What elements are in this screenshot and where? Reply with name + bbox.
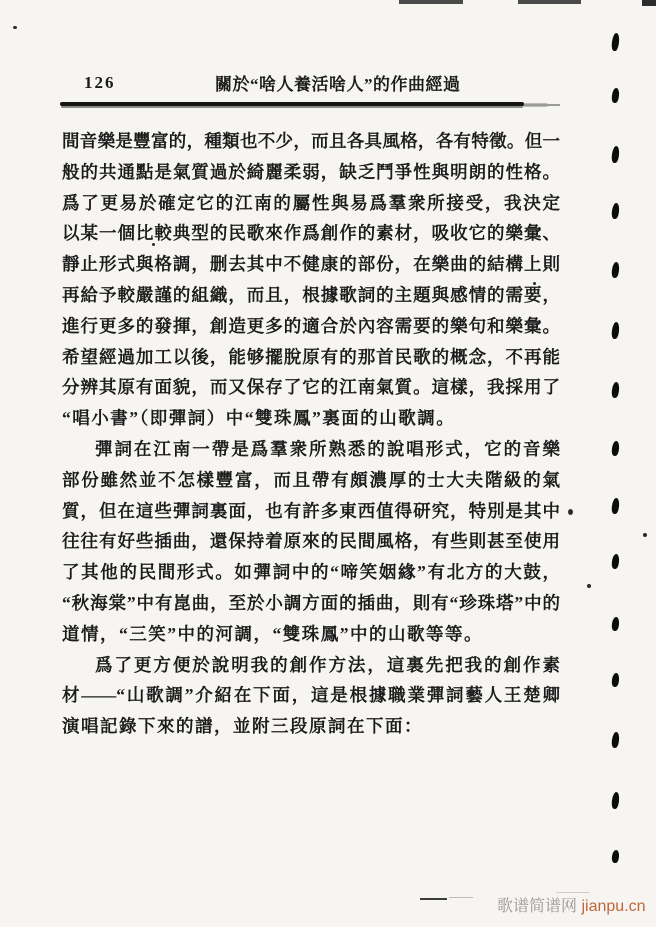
text-line: 間音樂是豐富的，種類也不少，而且各具風格，各有特徵。但一: [62, 126, 560, 157]
binding-mark: [611, 203, 620, 220]
text-line: 道情，“三笑”中的河調，“雙珠鳳”中的山歌等等。: [62, 619, 560, 650]
text-line: 以某一個比較典型的民歌來作爲創作的素材，吸收它的樂彙、: [62, 218, 560, 249]
watermark-site-name: 歌谱简谱网: [497, 898, 577, 915]
text-line: 往往有好些插曲，還保持着原來的民間風格，有些則甚至使用: [62, 526, 560, 557]
text-line: 靜止形式與格調，删去其中不健康的部份，在樂曲的結構上則: [62, 249, 560, 280]
binding-mark: [611, 146, 620, 164]
text-line: 部份雖然並不怎樣豐富，而且帶有頗濃厚的士大夫階級的氣: [62, 465, 560, 496]
binding-mark: [611, 322, 620, 340]
binding-mark: [611, 262, 620, 279]
ink-speck: [152, 243, 155, 246]
text-line: 希望經過加工以後，能够擺脫原有的那首民歌的概念，不再能: [62, 342, 560, 373]
text-line: 進行更多的發揮，創造更多的適合於內容需要的樂句和樂彙。: [62, 311, 560, 342]
scanned-page: 126 關於“啥人養活啥人”的作曲經過 間音樂是豐富的，種類也不少，而且各具風格…: [0, 0, 656, 927]
text-line: “秋海棠”中有崑曲，至於小調方面的插曲，則有“珍珠塔”中的: [62, 588, 560, 619]
ink-speck: [568, 509, 573, 515]
ink-speck: [643, 533, 647, 537]
text-line: 演唱記錄下來的譜，並附三段原詞在下面：: [62, 711, 560, 742]
binding-mark: [611, 88, 620, 104]
text-line: 爲了更易於確定它的江南的屬性與易爲羣衆所接受，我決定: [62, 188, 560, 219]
binding-mark: [611, 732, 620, 749]
text-line: 彈詞在江南一帶是爲羣衆所熟悉的說唱形式，它的音樂: [62, 434, 560, 465]
binding-mark: [611, 617, 620, 632]
header-rule-extension: [524, 104, 560, 106]
binding-mark: [611, 850, 620, 864]
text-line: 了其他的民間形式。如彈詞中的“啼笑姻緣”有北方的大鼓，: [62, 557, 560, 588]
ink-speck: [533, 282, 536, 285]
ink-speck: [13, 26, 17, 29]
binding-mark: [611, 792, 620, 810]
binding-mark: [611, 382, 620, 399]
text-line: 分辨其原有面貌，而又保存了它的江南氣質。這樣，我採用了: [62, 372, 560, 403]
binding-mark: [611, 33, 620, 52]
header-rule: [60, 102, 524, 106]
scan-edge-artifact: [642, 0, 656, 6]
text-line: 爲了更方便於說明我的創作方法，這裏先把我的創作素: [62, 650, 560, 681]
page-number: 126: [84, 73, 116, 93]
text-line: 般的共通點是氣質過於綺麗柔弱，缺乏鬥爭性與明朗的性格。: [62, 157, 560, 188]
text-line: 材——“山歌調”介紹在下面，這是根據職業彈詞藝人王楚卿: [62, 680, 560, 711]
watermark: 歌谱简谱网 jianpu.cn: [497, 893, 646, 916]
running-title: 關於“啥人養活啥人”的作曲經過: [215, 70, 460, 95]
scan-scratch: [420, 898, 447, 900]
scan-edge-artifact: [399, 0, 463, 4]
binding-mark: [611, 441, 620, 457]
scan-edge-artifact: [518, 0, 581, 4]
watermark-site-url: jianpu.cn: [581, 898, 645, 915]
scan-scratch: [449, 897, 473, 898]
ink-speck: [587, 584, 591, 588]
binding-mark: [611, 673, 620, 688]
binding-mark: [611, 498, 620, 515]
binding-mark: [611, 554, 620, 570]
text-line: 質，但在這些彈詞裏面，也有許多東西值得研究，特別是其中: [62, 496, 560, 527]
body-text: 間音樂是豐富的，種類也不少，而且各具風格，各有特徵。但一般的共通點是氣質過於綺麗…: [62, 126, 560, 742]
text-line: “唱小書”（即彈詞）中“雙珠鳳”裏面的山歌調。: [62, 403, 560, 434]
text-line: 再給予較嚴謹的組織，而且，根據歌詞的主題與感情的需要，: [62, 280, 560, 311]
